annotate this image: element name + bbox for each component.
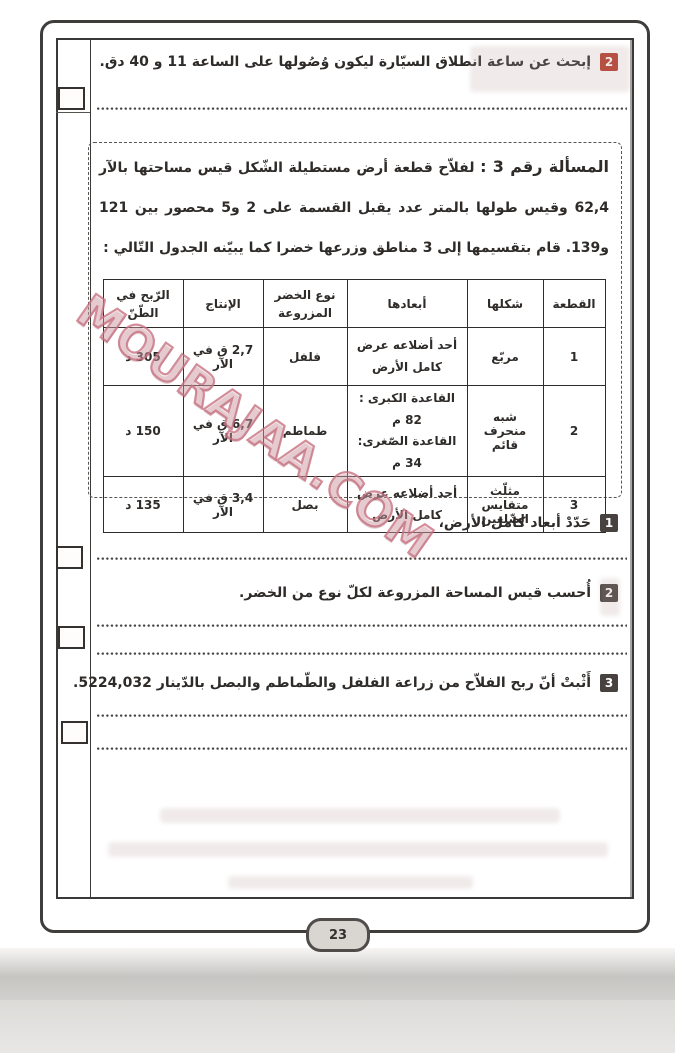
question-2-text: أُحسب قيس المساحة المزروعة لكلّ نوع من ا… (239, 583, 591, 603)
answer-checkbox (56, 546, 83, 569)
question-3-line: 3 أَثْبتْ أنّ ربح الفلاّح من زراعة الفلف… (93, 673, 618, 693)
cell-shape: مربّع (467, 328, 543, 386)
answer-dotted-line (97, 714, 627, 718)
answer-dotted-line (97, 747, 627, 751)
cell-piece: 1 (543, 328, 605, 386)
page-number-pill: 23 (306, 918, 370, 952)
answer-dotted-line (97, 557, 627, 561)
table-row: 1 مربّع أحد أضلاعه عرض كامل الأرض فلفل 2… (103, 328, 605, 386)
bleed-through-smudge (160, 808, 560, 823)
cell-piece: 2 (543, 386, 605, 477)
problem-3-statement: المسألة رقم 3 : لفلاّح قطعة أرض مستطيلة … (99, 147, 609, 268)
cell-profit: 150 د (103, 386, 183, 477)
page-number: 23 (329, 928, 347, 943)
scanned-worksheet-page: 2 إبحث عن ساعة انطلاق السيّارة ليكون وُص… (0, 0, 675, 1053)
land-pieces-table: القطعة شكلها أبعادها نوع الخضر المزروعة … (103, 279, 606, 533)
table-header-row: القطعة شكلها أبعادها نوع الخضر المزروعة … (103, 280, 605, 328)
question-1-number-badge: 1 (600, 514, 618, 532)
problem-3-box: المسألة رقم 3 : لفلاّح قطعة أرض مستطيلة … (88, 142, 622, 498)
question-3-number-badge: 3 (600, 674, 618, 692)
cell-production: 2,7 ق في الآر (183, 328, 263, 386)
col-header-vegetable: نوع الخضر المزروعة (263, 280, 347, 328)
col-header-shape: شكلها (467, 280, 543, 328)
answer-dotted-line (97, 107, 627, 111)
col-header-production: الإنتاج (183, 280, 263, 328)
cell-vegetable: فلفل (263, 328, 347, 386)
bleed-through-smudge (600, 578, 620, 616)
answer-checkbox (61, 721, 88, 744)
table-row: 2 شبه منحرف قائم القاعدة الكبرى : 82 م ا… (103, 386, 605, 477)
cell-production: 6,7 ق في الآر (183, 386, 263, 477)
problem-3-title: المسألة رقم 3 : (480, 157, 609, 176)
col-header-piece: القطعة (543, 280, 605, 328)
scan-shadow-band (0, 948, 675, 1000)
cell-vegetable: طماطم (263, 386, 347, 477)
question-1-text: حَدّدْ أبعاد كامل الأرض، (439, 513, 591, 533)
answer-checkbox (58, 626, 85, 649)
bleed-through-smudge (108, 842, 608, 857)
cell-dimensions: القاعدة الكبرى : 82 م القاعدة الصّغرى: 3… (347, 386, 467, 477)
question-1-line: 1 حَدّدْ أبعاد كامل الأرض، (93, 513, 618, 533)
bleed-through-smudge (470, 46, 630, 92)
question-3-text: أَثْبتْ أنّ ربح الفلاّح من زراعة الفلفل … (73, 673, 591, 693)
col-header-profit: الرّبح في الطّنّ (103, 280, 183, 328)
answer-dotted-line (97, 624, 627, 628)
scan-edge-band (0, 1000, 675, 1053)
margin-section-line (56, 112, 90, 113)
cell-profit: 305 د (103, 328, 183, 386)
cell-dimensions: أحد أضلاعه عرض كامل الأرض (347, 328, 467, 386)
answer-dotted-line (97, 652, 627, 656)
answer-checkbox (58, 87, 85, 110)
col-header-dimensions: أبعادها (347, 280, 467, 328)
question-2-line: 2 أُحسب قيس المساحة المزروعة لكلّ نوع من… (93, 583, 618, 603)
cell-shape: شبه منحرف قائم (467, 386, 543, 477)
bleed-through-smudge (228, 876, 473, 889)
